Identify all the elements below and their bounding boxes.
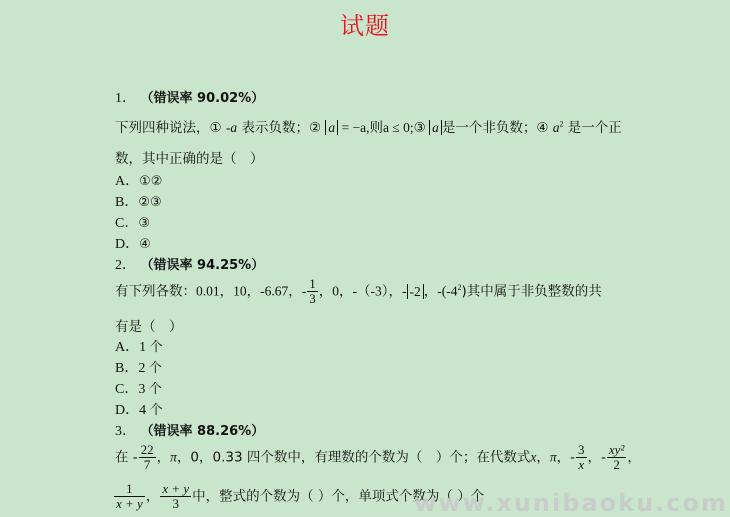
question-3-header: 3． （错误率 88.26%） — [115, 420, 264, 440]
question-2-header: 2． （错误率 94.25%） — [115, 254, 264, 274]
question-1-stem-line-2: 数，其中正确的是（ ） — [115, 147, 264, 167]
question-1-option-c[interactable]: C．③ — [115, 212, 150, 232]
fraction: 13 — [307, 277, 318, 306]
error-rate: （错误率 88.26%） — [141, 424, 265, 439]
page-title: 试题 — [0, 6, 730, 41]
fraction: x + y3 — [160, 482, 191, 511]
question-number: 3． — [115, 424, 136, 439]
watermark: www.xunibaoku.com — [414, 489, 728, 517]
question-2-stem-line-1: 有下列各数：0.01，10，-6.67，-13，0，-（-3），--2，-(-4… — [115, 277, 602, 306]
question-1-stem-line-1: 下列四种说法，① -a 表示负数；② a = −a,则a ≤ 0;③ a是一个非… — [115, 116, 622, 136]
question-1-option-d[interactable]: D．④ — [115, 233, 151, 253]
question-3-stem-line-1: 在 -227，π，0，0.33 四个数中，有理数的个数为（ ）个；在代数式x，π… — [115, 443, 641, 472]
question-1-option-b[interactable]: B．②③ — [115, 191, 162, 211]
question-2-option-c[interactable]: C．3 个 — [115, 378, 162, 398]
error-rate: （错误率 90.02%） — [141, 91, 265, 106]
fraction: 1x + y — [114, 482, 145, 511]
question-1-option-a[interactable]: A．①② — [115, 170, 162, 190]
question-number: 1． — [115, 91, 136, 106]
question-number: 2． — [115, 258, 136, 273]
question-2-stem-line-2: 有是（ ） — [115, 315, 183, 335]
fraction: 3x — [576, 443, 587, 472]
question-2-option-b[interactable]: B．2 个 — [115, 357, 162, 377]
question-1-header: 1． （错误率 90.02%） — [115, 87, 264, 107]
error-rate: （错误率 94.25%） — [141, 258, 265, 273]
fraction: xy²2 — [607, 443, 626, 472]
fraction: 227 — [139, 443, 156, 472]
question-2-option-d[interactable]: D．4 个 — [115, 399, 163, 419]
question-2-option-a[interactable]: A．1 个 — [115, 336, 163, 356]
